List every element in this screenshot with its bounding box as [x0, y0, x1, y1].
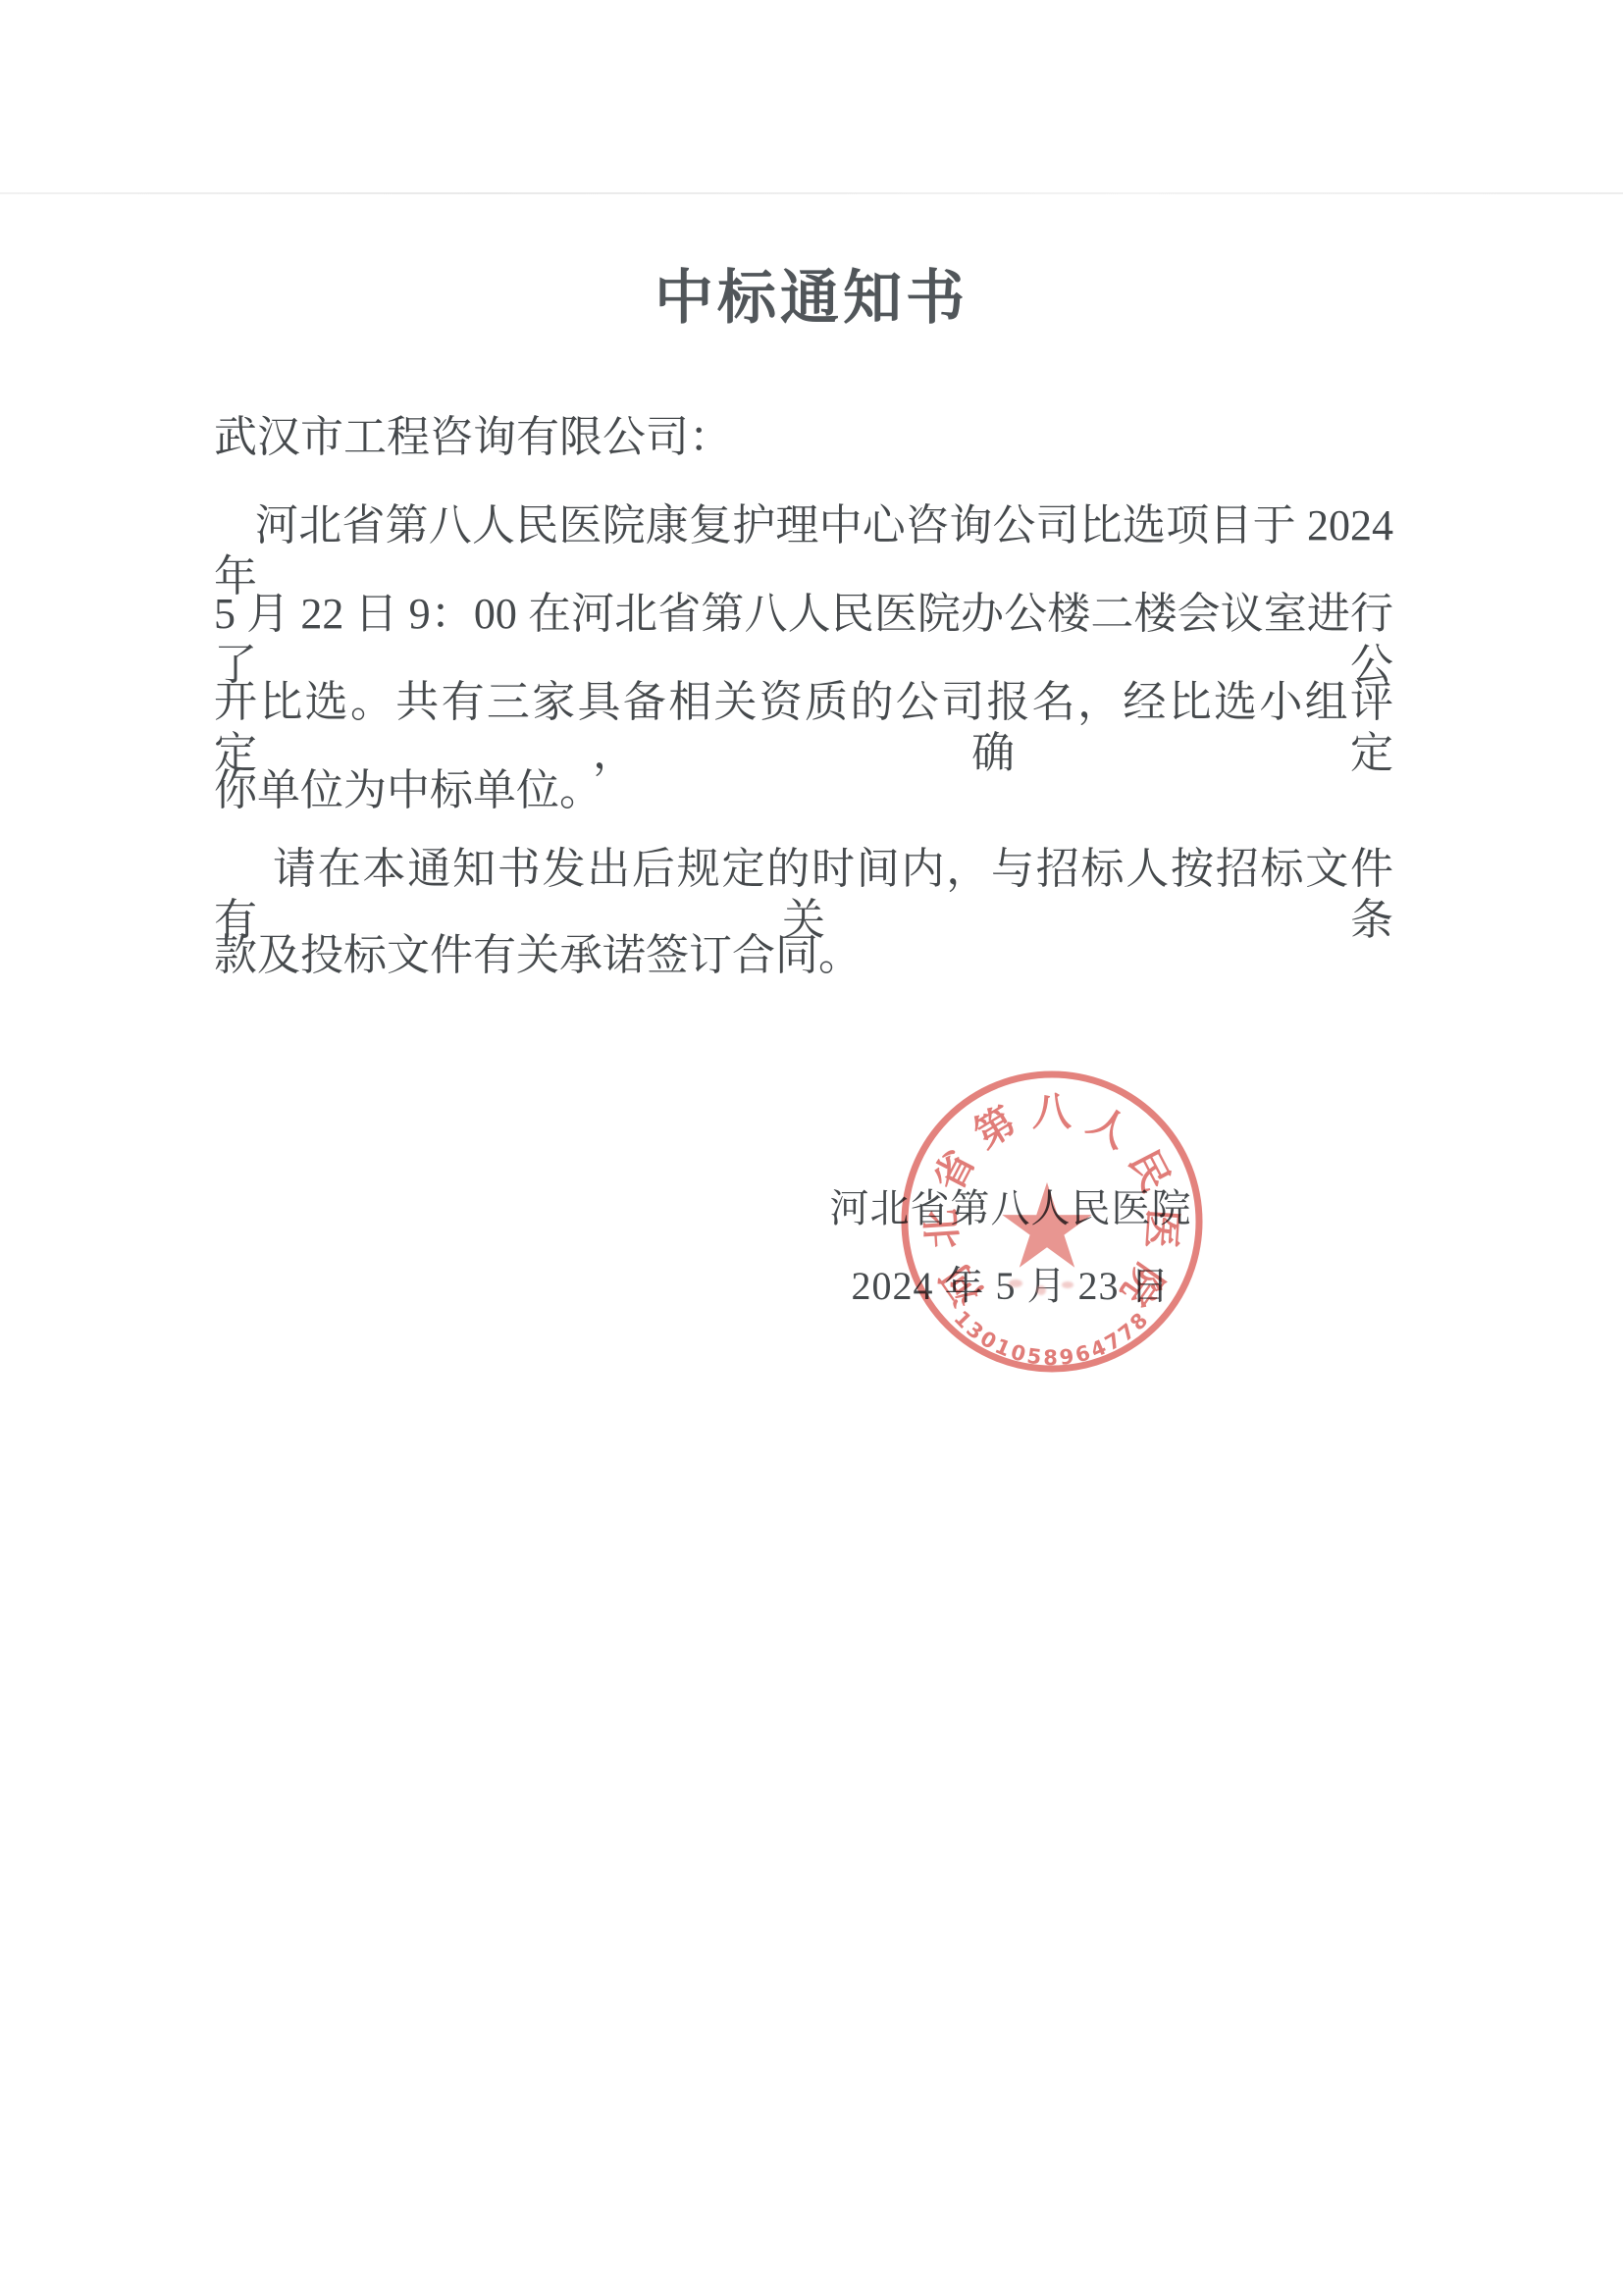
- paragraph1-line2: 5 月 22 日 9：00 在河北省第八人民医院办公楼二楼会议室进行了公: [214, 589, 1393, 691]
- paragraph1-line3: 开比选。共有三家具备相关资质的公司报名，经比选小组评定，确定: [214, 677, 1393, 779]
- seal-ink-smudge: [1009, 1279, 1022, 1287]
- seal-arc-character: 人: [1080, 1099, 1137, 1157]
- paragraph2-line2: 款及投标文件有关承诺签订合同。: [214, 930, 1393, 981]
- official-seal-stamp-icon: 河北省第八人民医院 1301058964778: [895, 1065, 1209, 1379]
- seal-star-icon: [1002, 1182, 1091, 1268]
- seal-arc-character: 北: [918, 1208, 966, 1250]
- seal-arc-character: 第: [967, 1099, 1023, 1157]
- paragraph1-line1: 河北省第八人民医院康复护理中心咨询公司比选项目于 2024 年: [214, 500, 1393, 602]
- paragraph1-line4: 你单位为中标单位。: [214, 765, 1393, 816]
- seal-ink-smudge: [1062, 1281, 1073, 1288]
- seal-arc-character: 省: [926, 1143, 983, 1198]
- seal-serial-number: 1301058964778: [949, 1306, 1154, 1370]
- seal-ink-smudge: [1036, 1285, 1046, 1295]
- seal-arc-character: 河: [932, 1256, 991, 1314]
- seal-arc-character: 民: [1121, 1143, 1178, 1198]
- scanned-document-page: 中标通知书 武汉市工程咨询有限公司： 河北省第八人民医院康复护理中心咨询公司比选…: [0, 0, 1623, 2296]
- seal-arc-character: 院: [1113, 1256, 1172, 1314]
- salutation: 武汉市工程咨询有限公司：: [214, 412, 1393, 463]
- seal-arc-character: 八: [1032, 1090, 1072, 1134]
- scan-artifact-line: [0, 192, 1623, 194]
- document-title: 中标通知书: [0, 251, 1623, 336]
- seal-arc-character: 医: [1138, 1208, 1185, 1250]
